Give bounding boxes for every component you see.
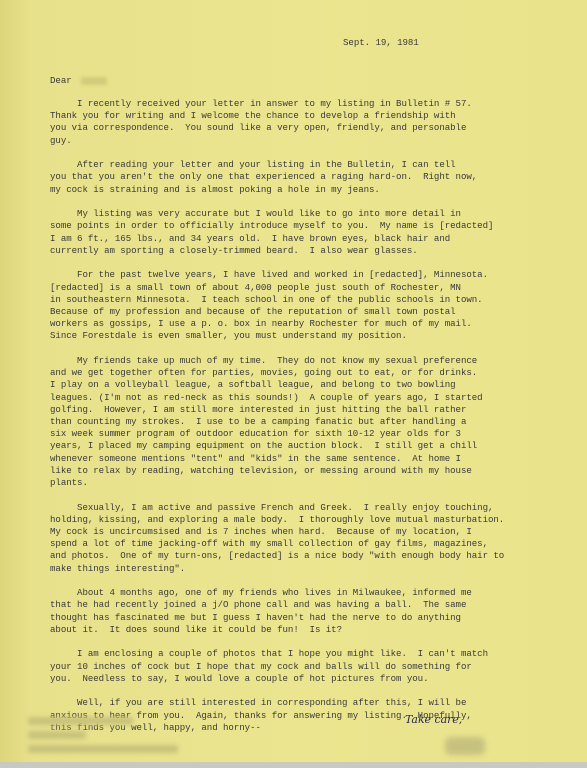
salutation: Dear xyxy=(50,75,107,87)
closing-handwritten: Take care, xyxy=(405,714,462,726)
paragraph-2: After reading your letter and your listi… xyxy=(50,159,550,196)
letter-page: Sept. 19, 1981 Dear I recently received … xyxy=(0,0,587,762)
letter-date: Sept. 19, 1981 xyxy=(343,37,419,49)
salutation-text: Dear xyxy=(50,75,72,86)
paragraph-3: My listing was very accurate but I would… xyxy=(50,208,550,257)
paragraph-4: For the past twelve years, I have lived … xyxy=(50,269,550,342)
redacted-address-line-1 xyxy=(28,717,133,725)
redacted-address-line-3 xyxy=(28,745,178,753)
page-bottom-edge xyxy=(0,762,587,768)
paragraph-8: I am enclosing a couple of photos that I… xyxy=(50,648,550,685)
paragraph-5: My friends take up much of my time. They… xyxy=(50,355,550,489)
redacted-name xyxy=(81,77,107,85)
redacted-signature xyxy=(445,737,485,755)
redacted-return-address xyxy=(28,717,178,759)
paragraph-6: Sexually, I am active and passive French… xyxy=(50,502,550,575)
paragraph-7: About 4 months ago, one of my friends wh… xyxy=(50,587,550,636)
letter-body: I recently received your letter in answe… xyxy=(50,98,550,746)
redacted-address-line-2 xyxy=(28,731,86,739)
paragraph-1: I recently received your letter in answe… xyxy=(50,98,550,147)
